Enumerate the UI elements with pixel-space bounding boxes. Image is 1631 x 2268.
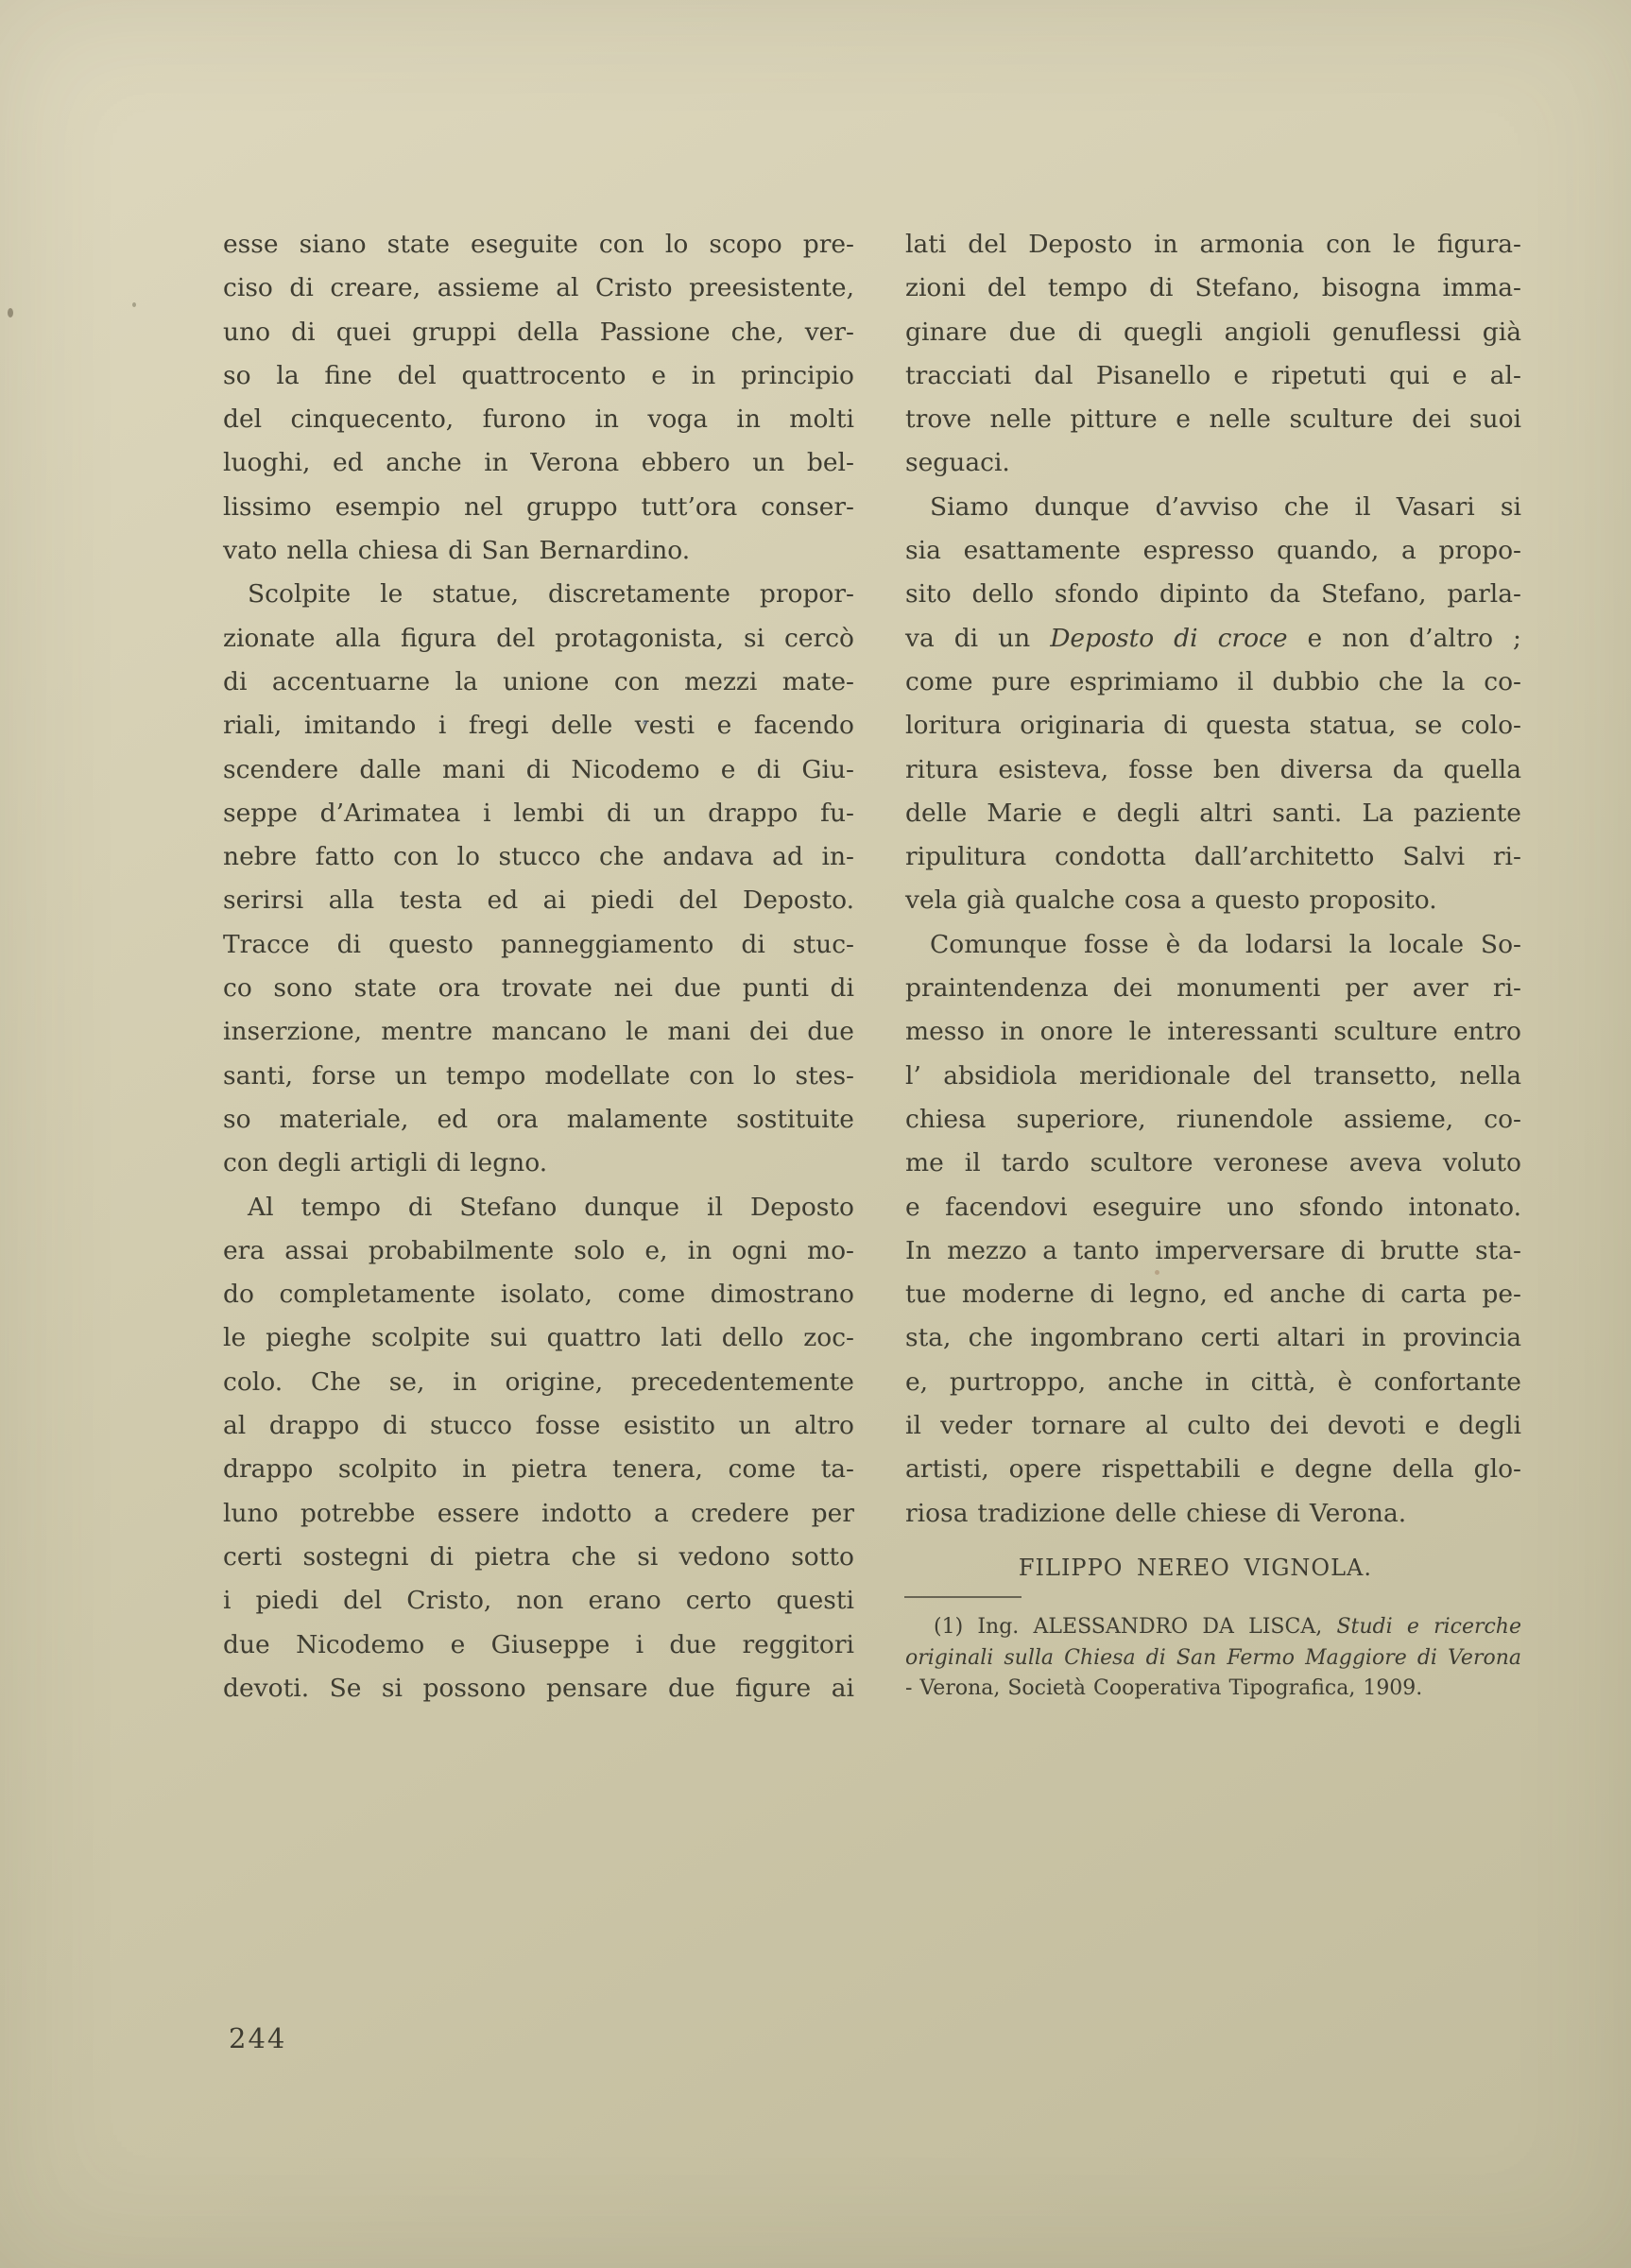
text-segment: trove nelle pitture e nelle sculture dei… xyxy=(905,404,1521,434)
text-segment: i piedi del Cristo, non erano certo ques… xyxy=(223,1586,854,1615)
text-segment: esse siano state eseguite con lo scopo p… xyxy=(223,230,854,259)
text-segment: - Verona, Società Cooperativa Tipografic… xyxy=(905,1676,1422,1700)
text-line: do completamente isolato, come dimostran… xyxy=(223,1273,854,1316)
text-line: e facendovi eseguire uno sfondo intonato… xyxy=(905,1186,1521,1229)
text-line: In mezzo a tanto imperversare di brutte … xyxy=(905,1229,1521,1273)
text-segment: vato nella chiesa di San Bernardino. xyxy=(223,536,690,565)
text-line: colo. Che se, in origine, precedentement… xyxy=(223,1361,854,1404)
text-line: con degli artigli di legno. xyxy=(223,1142,854,1185)
text-segment: e facendovi eseguire uno sfondo intonato… xyxy=(905,1193,1521,1222)
text-segment: Tracce di questo panneggiamento di stuc- xyxy=(223,930,854,959)
text-segment: chiesa superiore, riunendole assieme, co… xyxy=(905,1105,1521,1134)
text-line: trove nelle pitture e nelle sculture dei… xyxy=(905,398,1521,441)
text-segment: e, purtroppo, anche in città, è conforta… xyxy=(905,1367,1521,1397)
text-line: di accentuarne la unione con mezzi mate- xyxy=(223,661,854,704)
text-segment: Comunque fosse è da lodarsi la locale So… xyxy=(930,930,1521,959)
text-line: delle Marie e degli altri santi. La pazi… xyxy=(905,792,1521,835)
text-segment: sta, che ingombrano certi altari in prov… xyxy=(905,1323,1521,1352)
text-segment: era assai probabilmente solo e, in ogni … xyxy=(223,1236,854,1265)
text-line: chiesa superiore, riunendole assieme, co… xyxy=(905,1098,1521,1142)
paper-speck xyxy=(132,302,136,307)
text-segment: Al tempo di Stefano dunque il Deposto xyxy=(248,1193,854,1222)
text-segment: (1) Ing. ALESSANDRO DA LISCA, xyxy=(934,1615,1336,1639)
text-segment: drappo scolpito in pietra tenera, come t… xyxy=(223,1454,854,1484)
text-segment: tue moderne di legno, ed anche di carta … xyxy=(905,1280,1521,1309)
text-line: sta, che ingombrano certi altari in prov… xyxy=(905,1316,1521,1360)
text-line: due Nicodemo e Giuseppe i due reggitori xyxy=(223,1624,854,1667)
text-segment: delle Marie e degli altri santi. La pazi… xyxy=(905,799,1521,828)
text-segment: il veder tornare al culto dei devoti e d… xyxy=(905,1411,1521,1440)
text-segment: ciso di creare, assieme al Cristo preesi… xyxy=(223,273,854,302)
text-segment: vela già qualche cosa a questo proposito… xyxy=(905,885,1437,915)
text-line: devoti. Se si possono pensare due figure… xyxy=(223,1667,854,1710)
text-line: al drappo di stucco fosse esistito un al… xyxy=(223,1404,854,1448)
text-line: le pieghe scolpite sui quattro lati dell… xyxy=(223,1316,854,1360)
text-line: luoghi, ed anche in Verona ebbero un bel… xyxy=(223,441,854,485)
text-column-right: lati del Deposto in armonia con le figur… xyxy=(905,223,1521,1536)
text-line: praintendenza dei monumenti per aver ri- xyxy=(905,967,1521,1010)
text-line: zioni del tempo di Stefano, bisogna imma… xyxy=(905,266,1521,310)
text-line: riali, imitando i fregi delle vesti e fa… xyxy=(223,704,854,747)
text-segment: sia esattamente espresso quando, a propo… xyxy=(905,536,1521,565)
text-segment: praintendenza dei monumenti per aver ri- xyxy=(905,973,1521,1003)
text-line: lissimo esempio nel gruppo tutt’ora cons… xyxy=(223,486,854,529)
text-segment: ritura esisteva, fosse ben diversa da qu… xyxy=(905,755,1521,784)
footnote-line: originali sulla Chiesa di San Fermo Magg… xyxy=(905,1643,1521,1675)
text-segment: do completamente isolato, come dimostran… xyxy=(223,1280,854,1309)
text-line: sia esattamente espresso quando, a propo… xyxy=(905,529,1521,573)
text-segment: uno di quei gruppi della Passione che, v… xyxy=(223,318,854,347)
scanned-book-page: esse siano state eseguite con lo scopo p… xyxy=(0,0,1631,2268)
italic-text-segment: Deposto di croce xyxy=(1050,624,1287,653)
text-segment: le pieghe scolpite sui quattro lati dell… xyxy=(223,1323,854,1352)
author-signature: FILIPPO NEREO VIGNOLA. xyxy=(905,1554,1521,1582)
text-column-left: esse siano state eseguite con lo scopo p… xyxy=(223,223,854,1710)
footnote-separator xyxy=(904,1596,1022,1598)
text-segment: me il tardo scultore veronese aveva volu… xyxy=(905,1148,1521,1177)
text-line: certi sostegni di pietra che si vedono s… xyxy=(223,1536,854,1579)
text-segment: e non d’altro ; xyxy=(1288,624,1521,653)
text-line: scendere dalle mani di Nicodemo e di Giu… xyxy=(223,748,854,792)
text-line: va di un Deposto di croce e non d’altro … xyxy=(905,617,1521,661)
text-segment: zioni del tempo di Stefano, bisogna imma… xyxy=(905,273,1521,302)
text-segment: riosa tradizione delle chiese di Verona. xyxy=(905,1499,1406,1528)
text-segment: In mezzo a tanto imperversare di brutte … xyxy=(905,1236,1521,1265)
paper-speck xyxy=(643,720,647,725)
text-line: ciso di creare, assieme al Cristo preesi… xyxy=(223,266,854,310)
text-segment: lati del Deposto in armonia con le figur… xyxy=(905,230,1521,259)
text-line: me il tardo scultore veronese aveva volu… xyxy=(905,1142,1521,1185)
text-line: inserzione, mentre mancano le mani dei d… xyxy=(223,1010,854,1054)
text-segment: tracciati dal Pisanello e ripetuti qui e… xyxy=(905,361,1521,390)
text-segment: scendere dalle mani di Nicodemo e di Giu… xyxy=(223,755,854,784)
text-line: serirsi alla testa ed ai piedi del Depos… xyxy=(223,879,854,922)
text-line: esse siano state eseguite con lo scopo p… xyxy=(223,223,854,266)
text-segment: come pure esprimiamo il dubbio che la co… xyxy=(905,667,1521,696)
text-segment: luoghi, ed anche in Verona ebbero un bel… xyxy=(223,448,854,477)
text-segment: artisti, opere rispettabili e degne dell… xyxy=(905,1454,1521,1484)
text-line: co sono state ora trovate nei due punti … xyxy=(223,967,854,1010)
text-segment: loritura originaria di questa statua, se… xyxy=(905,711,1521,740)
text-line: il veder tornare al culto dei devoti e d… xyxy=(905,1404,1521,1448)
text-segment: zionate alla figura del protagonista, si… xyxy=(223,624,854,653)
text-segment: due Nicodemo e Giuseppe i due reggitori xyxy=(223,1630,854,1659)
paper-speck xyxy=(1155,1270,1159,1275)
italic-text-segment: Studi e ricerche xyxy=(1336,1615,1521,1639)
text-line: seguaci. xyxy=(905,441,1521,485)
text-line: sito dello sfondo dipinto da Stefano, pa… xyxy=(905,573,1521,616)
text-segment: del cinquecento, furono in voga in molti xyxy=(223,404,854,434)
text-line: l’ absidiola meridionale del transetto, … xyxy=(905,1055,1521,1098)
text-line: lati del Deposto in armonia con le figur… xyxy=(905,223,1521,266)
paper-speck xyxy=(8,308,13,318)
text-segment: lissimo esempio nel gruppo tutt’ora cons… xyxy=(223,492,854,522)
text-line: riosa tradizione delle chiese di Verona. xyxy=(905,1492,1521,1536)
footnote-line: - Verona, Società Cooperativa Tipografic… xyxy=(905,1674,1521,1705)
text-line: vela già qualche cosa a questo proposito… xyxy=(905,879,1521,922)
text-segment: seguaci. xyxy=(905,448,1010,477)
text-line: artisti, opere rispettabili e degne dell… xyxy=(905,1448,1521,1491)
text-segment: inserzione, mentre mancano le mani dei d… xyxy=(223,1017,854,1046)
text-segment: serirsi alla testa ed ai piedi del Depos… xyxy=(223,885,854,915)
text-segment: santi, forse un tempo modellate con lo s… xyxy=(223,1061,854,1091)
text-line: so la fine del quattrocento e in princip… xyxy=(223,354,854,398)
footnote-line: (1) Ing. ALESSANDRO DA LISCA, Studi e ri… xyxy=(905,1612,1521,1643)
text-segment: ginare due di quegli angioli genuflessi … xyxy=(905,318,1521,347)
text-segment: va di un xyxy=(905,624,1050,653)
text-line: Scolpite le statue, discretamente propor… xyxy=(223,573,854,616)
text-line: santi, forse un tempo modellate con lo s… xyxy=(223,1055,854,1098)
text-segment: so materiale, ed ora malamente sostituit… xyxy=(223,1105,854,1134)
text-line: messo in onore le interessanti sculture … xyxy=(905,1010,1521,1054)
footnote: (1) Ing. ALESSANDRO DA LISCA, Studi e ri… xyxy=(905,1612,1521,1705)
text-line: i piedi del Cristo, non erano certo ques… xyxy=(223,1579,854,1623)
text-segment: co sono state ora trovate nei due punti … xyxy=(223,973,854,1003)
text-segment: ripulitura condotta dall’architetto Salv… xyxy=(905,842,1521,871)
text-line: come pure esprimiamo il dubbio che la co… xyxy=(905,661,1521,704)
text-line: tracciati dal Pisanello e ripetuti qui e… xyxy=(905,354,1521,398)
text-segment: nebre fatto con lo stucco che andava ad … xyxy=(223,842,854,871)
text-line: so materiale, ed ora malamente sostituit… xyxy=(223,1098,854,1142)
text-segment: sito dello sfondo dipinto da Stefano, pa… xyxy=(905,579,1521,609)
text-line: Tracce di questo panneggiamento di stuc- xyxy=(223,923,854,967)
text-line: tue moderne di legno, ed anche di carta … xyxy=(905,1273,1521,1316)
text-segment: Scolpite le statue, discretamente propor… xyxy=(248,579,854,609)
text-segment: di accentuarne la unione con mezzi mate- xyxy=(223,667,854,696)
text-segment: seppe d’Arimatea i lembi di un drappo fu… xyxy=(223,799,854,828)
text-segment: Siamo dunque d’avviso che il Vasari si xyxy=(930,492,1521,522)
text-line: ritura esisteva, fosse ben diversa da qu… xyxy=(905,748,1521,792)
text-segment: colo. Che se, in origine, precedentement… xyxy=(223,1367,854,1397)
text-segment: luno potrebbe essere indotto a credere p… xyxy=(223,1499,854,1528)
text-segment: riali, imitando i fregi delle vesti e fa… xyxy=(223,711,854,740)
text-segment: l’ absidiola meridionale del transetto, … xyxy=(905,1061,1521,1091)
text-line: e, purtroppo, anche in città, è conforta… xyxy=(905,1361,1521,1404)
text-line: uno di quei gruppi della Passione che, v… xyxy=(223,311,854,354)
text-line: zionate alla figura del protagonista, si… xyxy=(223,617,854,661)
text-segment: so la fine del quattrocento e in princip… xyxy=(223,361,854,390)
text-line: Comunque fosse è da lodarsi la locale So… xyxy=(905,923,1521,967)
text-segment: con degli artigli di legno. xyxy=(223,1148,547,1177)
text-segment: al drappo di stucco fosse esistito un al… xyxy=(223,1411,854,1440)
text-line: Siamo dunque d’avviso che il Vasari si xyxy=(905,486,1521,529)
text-line: loritura originaria di questa statua, se… xyxy=(905,704,1521,747)
text-line: seppe d’Arimatea i lembi di un drappo fu… xyxy=(223,792,854,835)
text-segment: messo in onore le interessanti sculture … xyxy=(905,1017,1521,1046)
text-line: era assai probabilmente solo e, in ogni … xyxy=(223,1229,854,1273)
text-line: del cinquecento, furono in voga in molti xyxy=(223,398,854,441)
text-line: vato nella chiesa di San Bernardino. xyxy=(223,529,854,573)
text-line: luno potrebbe essere indotto a credere p… xyxy=(223,1492,854,1536)
italic-text-segment: originali sulla Chiesa di San Fermo Magg… xyxy=(905,1646,1521,1670)
text-line: ginare due di quegli angioli genuflessi … xyxy=(905,311,1521,354)
text-line: nebre fatto con lo stucco che andava ad … xyxy=(223,835,854,879)
text-line: drappo scolpito in pietra tenera, come t… xyxy=(223,1448,854,1491)
text-segment: certi sostegni di pietra che si vedono s… xyxy=(223,1542,854,1572)
text-line: ripulitura condotta dall’architetto Salv… xyxy=(905,835,1521,879)
text-segment: devoti. Se si possono pensare due figure… xyxy=(223,1674,854,1703)
page-number: 244 xyxy=(229,2022,286,2054)
text-line: Al tempo di Stefano dunque il Deposto xyxy=(223,1186,854,1229)
